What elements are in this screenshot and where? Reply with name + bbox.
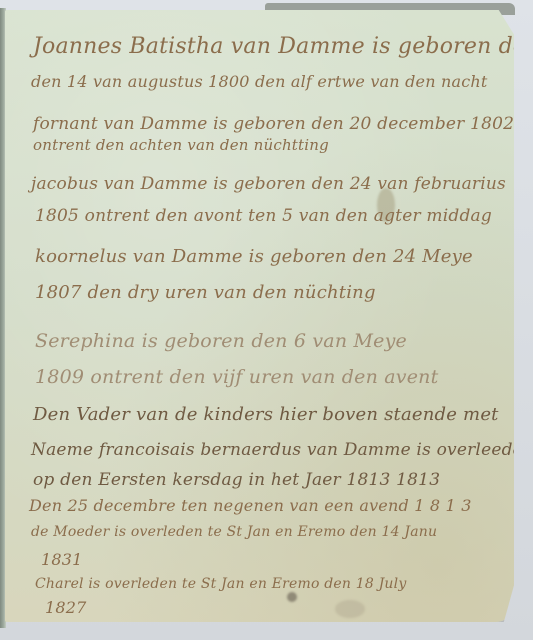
entry-line-2: den 14 van augustus 1800 den alf ertwe v…: [31, 72, 488, 91]
entry-line-15: de Moeder is overleden te St Jan en Erem…: [31, 524, 437, 540]
entry-line-9: Serephina is geboren den 6 van Meye: [35, 330, 407, 352]
manuscript-page: Joannes Batistha van Damme is geboren de…: [5, 10, 514, 622]
entry-line-5: jacobus van Damme is geboren den 24 van …: [31, 174, 506, 194]
entry-line-18: 1827: [45, 598, 87, 617]
entry-line-16: 1831: [41, 550, 83, 569]
entry-line-6: 1805 ontrent den avont ten 5 van den agt…: [35, 206, 492, 226]
entry-line-1: Joannes Batistha van Damme is geboren de…: [33, 34, 533, 59]
entry-line-10: 1809 ontrent den vijf uren van den avent: [35, 366, 438, 388]
paper-smudge: [335, 600, 365, 618]
entry-line-3: fornant van Damme is geboren den 20 dece…: [33, 114, 514, 134]
document-scene: Joannes Batistha van Damme is geboren de…: [0, 0, 533, 640]
entry-line-8: 1807 den dry uren van den nüchting: [35, 282, 376, 303]
entry-line-13: op den Eersten kersdag in het Jaer 1813 …: [33, 470, 440, 490]
entry-line-17: Charel is overleden te St Jan en Eremo d…: [35, 576, 406, 592]
entry-line-12: Naeme francoisais bernaerdus van Damme i…: [31, 440, 533, 460]
entry-line-4: ontrent den achten van den nüchtting: [33, 136, 329, 154]
entry-line-11: Den Vader van de kinders hier boven stae…: [33, 404, 499, 425]
entry-line-14: Den 25 decembre ten negenen van een aven…: [29, 496, 472, 515]
ink-blot: [287, 592, 297, 602]
entry-line-7: koornelus van Damme is geboren den 24 Me…: [35, 246, 473, 267]
